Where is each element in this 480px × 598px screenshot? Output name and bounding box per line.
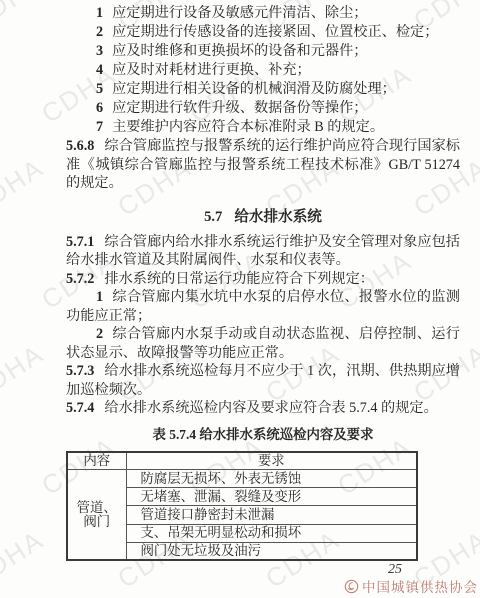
list-item-number: 2: [96, 326, 103, 342]
list-item: 5应定期进行相关设备的机械润滑及防腐处理；: [66, 80, 460, 99]
clause-text: 排水系统的日常运行功能应符合下列规定：: [104, 271, 374, 287]
list-item: 1应定期进行设备及敏感元件清洁、除尘；: [66, 4, 460, 23]
clause-5-7-2: 5.7.2排水系统的日常运行功能应符合下列规定：: [66, 270, 460, 289]
table-cell-requirement: 管道接口静密封未泄漏: [126, 506, 417, 524]
association-logo-icon: [344, 579, 359, 594]
list-item-text: 应及时维修和更换损坏的设备和元器件；: [112, 43, 367, 59]
table-header-row: 内容 要求: [67, 452, 417, 470]
table-header-content: 内容: [67, 452, 126, 470]
clause-text: 综合管廊监控与报警系统的运行维护尚应符合现行国家标准《城镇综合管廊监控与报警系统…: [66, 138, 460, 191]
clause-number: 5.7.1: [66, 234, 94, 250]
clause-number: 5.7.3: [66, 363, 94, 379]
list-item-text: 综合管廊内集水坑中水泵的启停水位、报警水位的监测功能应正常；: [66, 289, 460, 324]
clause-5-7-1: 5.7.1综合管廊内给水排水系统运行维护及安全管理对象应包括给水排水管道及其附属…: [66, 233, 460, 270]
clause-number: 5.7.2: [66, 271, 94, 287]
list-item-text: 应定期进行传感设备的连接紧固、位置校正、检定；: [112, 24, 438, 40]
list-item-text: 应定期进行设备及敏感元件清洁、除尘；: [112, 5, 367, 21]
list-item-text: 综合管廊内水泵手动或自动状态监视、启停控制、运行状态显示、故障报警等功能应正常。: [66, 326, 460, 361]
clause-5-6-8: 5.6.8综合管廊监控与报警系统的运行维护尚应符合现行国家标准《城镇综合管廊监控…: [66, 137, 460, 193]
table-group-label: 管道、阀门: [67, 470, 126, 561]
section-title: 给水排水系统: [234, 209, 322, 225]
list-item-number: 4: [96, 62, 103, 78]
table-cell-requirement: 支、吊架无明显松动和损坏: [126, 524, 417, 542]
watermark-text: CDHA: [0, 338, 50, 408]
clause-number: 5.7.4: [66, 400, 94, 416]
clause-5-7-4: 5.7.4给水排水系统巡检内容及要求应符合表 5.7.4 的规定。: [66, 399, 460, 418]
list-item-number: 2: [96, 24, 103, 40]
section-heading-5-7: 5.7给水排水系统: [66, 205, 460, 229]
document-page: 1应定期进行设备及敏感元件清洁、除尘； 2应定期进行传感设备的连接紧固、位置校正…: [66, 4, 460, 561]
list-item: 4应及时对耗材进行更换、补充；: [66, 61, 460, 80]
list-item: 3应及时维修和更换损坏的设备和元器件；: [66, 42, 460, 61]
list-item-number: 1: [96, 289, 103, 305]
inspection-table: 内容 要求 管道、阀门 防腐层无损坏、外表无锈蚀 无堵塞、泄漏、裂缝及变形 管道…: [66, 451, 418, 562]
maintenance-requirements-list: 1应定期进行设备及敏感元件清洁、除尘； 2应定期进行传感设备的连接紧固、位置校正…: [66, 4, 460, 137]
list-item-number: 5: [96, 81, 103, 97]
list-item-number: 1: [96, 5, 103, 21]
clause-text: 综合管廊内给水排水系统运行维护及安全管理对象应包括给水排水管道及其附属阀件、水泵…: [66, 234, 460, 269]
table-row: 管道、阀门 防腐层无损坏、外表无锈蚀: [67, 470, 417, 488]
list-item: 6应定期进行软件升级、数据备份等操作；: [66, 99, 460, 118]
table-cell-requirement: 防腐层无损坏、外表无锈蚀: [126, 470, 417, 488]
watermark-text: CDHA: [0, 524, 50, 594]
list-item-number: 6: [96, 100, 103, 116]
footer-association: 中国城镇供热协会: [344, 576, 478, 596]
list-item-text: 应及时对耗材进行更换、补充；: [112, 62, 311, 78]
list-item-text: 应定期进行软件升级、数据备份等操作；: [112, 100, 367, 116]
list-item: 2应定期进行传感设备的连接紧固、位置校正、检定；: [66, 23, 460, 42]
clause-text: 给水排水系统巡检内容及要求应符合表 5.7.4 的规定。: [104, 400, 437, 416]
table-title: 表 5.7.4 给水排水系统巡检内容及要求: [66, 425, 460, 445]
clause-5-7-3: 5.7.3给水排水系统巡检每月不应少于 1 次，汛期、供热期应增加巡检频次。: [66, 362, 460, 399]
association-name: 中国城镇供热协会: [362, 576, 478, 596]
table-header-requirement: 要求: [126, 452, 417, 470]
table-cell-requirement: 阀门处无垃圾及油污: [126, 542, 417, 560]
list-item-number: 3: [96, 43, 103, 59]
list-item-number: 7: [96, 119, 103, 135]
section-number: 5.7: [204, 209, 222, 225]
watermark-text: CDHA: [0, 0, 50, 37]
clause-number: 5.6.8: [66, 138, 94, 154]
clause-5-7-2-item: 2综合管廊内水泵手动或自动状态监视、启停控制、运行状态显示、故障报警等功能应正常…: [66, 325, 460, 362]
clause-5-7-2-item: 1综合管廊内集水坑中水泵的启停水位、报警水位的监测功能应正常；: [66, 288, 460, 325]
clause-text: 给水排水系统巡检每月不应少于 1 次，汛期、供热期应增加巡检频次。: [66, 363, 460, 398]
list-item: 7主要维护内容应符合本标准附录 B 的规定。: [66, 118, 460, 137]
list-item-text: 主要维护内容应符合本标准附录 B 的规定。: [112, 119, 384, 135]
table-cell-requirement: 无堵塞、泄漏、裂缝及变形: [126, 488, 417, 506]
watermark-text: CDHA: [0, 152, 50, 222]
list-item-text: 应定期进行相关设备的机械润滑及防腐处理；: [112, 81, 396, 97]
